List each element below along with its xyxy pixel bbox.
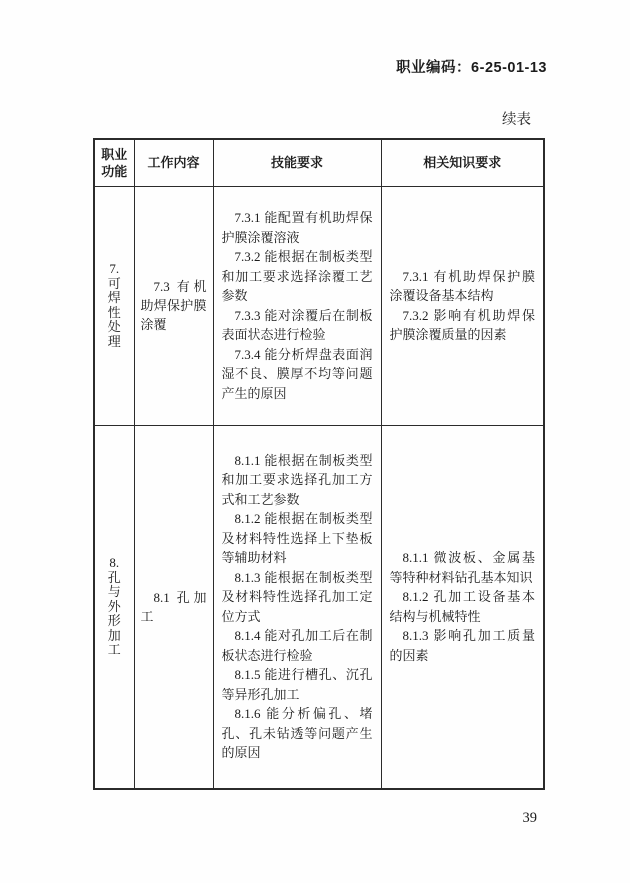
table-row-hole-machining: 8. 孔 与 外 形 加 工 8.1 孔加工 8.1.1 能根据在制板类型和加工… [94,425,544,789]
skill-item: 8.1.6 能分析偏孔、堵孔、孔未钻透等问题产生的原因 [222,704,373,763]
occupational-standard-table: 职业 功能 工作内容 技能要求 相关知识要求 7. 可 焊 性 处 理 7.3 … [93,138,545,790]
knowledge-cell-7-3: 7.3.1 有机助焊保护膜涂覆设备基本结构 7.3.2 影响有机助焊保护膜涂覆质… [381,186,544,425]
skill-item: 7.3.3 能对涂覆后在制板表面状态进行检验 [222,306,373,345]
column-header-function: 职业 功能 [94,139,134,186]
skill-item: 8.1.1 能根据在制板类型和加工要求选择孔加工方式和工艺参数 [222,451,373,510]
skill-item: 7.3.4 能分析焊盘表面润湿不良、膜厚不均等问题产生的原因 [222,345,373,404]
table-header-row: 职业 功能 工作内容 技能要求 相关知识要求 [94,139,544,186]
column-header-skill-requirements: 技能要求 [213,139,381,186]
skill-item: 8.1.5 能进行槽孔、沉孔等异形孔加工 [222,665,373,704]
work-content-cell-7-3: 7.3 有机助焊保护膜涂覆 [134,186,213,425]
continued-table-label: 续表 [0,108,531,129]
skills-cell-7-3: 7.3.1 能配置有机助焊保护膜涂覆溶液 7.3.2 能根据在制板类型和加工要求… [213,186,381,425]
table-row-solderability: 7. 可 焊 性 处 理 7.3 有机助焊保护膜涂覆 7.3.1 能配置有机助焊… [94,186,544,425]
column-header-work-content: 工作内容 [134,139,213,186]
skills-cell-8-1: 8.1.1 能根据在制板类型和加工要求选择孔加工方式和工艺参数 8.1.2 能根… [213,425,381,789]
skill-item: 8.1.2 能根据在制板类型及材料特性选择上下垫板等辅助材料 [222,509,373,568]
skill-item: 8.1.3 能根据在制板类型及材料特性选择孔加工定位方式 [222,568,373,627]
knowledge-item: 7.3.1 有机助焊保护膜涂覆设备基本结构 [390,267,536,306]
work-content-cell-8-1: 8.1 孔加工 [134,425,213,789]
page-number: 39 [0,810,537,827]
knowledge-item: 7.3.2 影响有机助焊保护膜涂覆质量的因素 [390,306,536,345]
function-cell-8: 8. 孔 与 外 形 加 工 [94,425,134,789]
knowledge-cell-8-1: 8.1.1 微波板、金属基等特种材料钻孔基本知识 8.1.2 孔加工设备基本结构… [381,425,544,789]
function-cell-7: 7. 可 焊 性 处 理 [94,186,134,425]
occupation-code-label: 职业编码：6-25-01-13 [0,56,547,77]
document-page: 职业编码：6-25-01-13 续表 职业 功能 工作内容 技能要求 相关知识要… [0,0,630,883]
knowledge-item: 8.1.1 微波板、金属基等特种材料钻孔基本知识 [390,548,536,587]
column-header-knowledge-requirements: 相关知识要求 [381,139,544,186]
knowledge-item: 8.1.3 影响孔加工质量的因素 [390,626,536,665]
skill-item: 7.3.2 能根据在制板类型和加工要求选择涂覆工艺参数 [222,247,373,306]
skill-item: 7.3.1 能配置有机助焊保护膜涂覆溶液 [222,208,373,247]
skill-item: 8.1.4 能对孔加工后在制板状态进行检验 [222,626,373,665]
knowledge-item: 8.1.2 孔加工设备基本结构与机械特性 [390,587,536,626]
